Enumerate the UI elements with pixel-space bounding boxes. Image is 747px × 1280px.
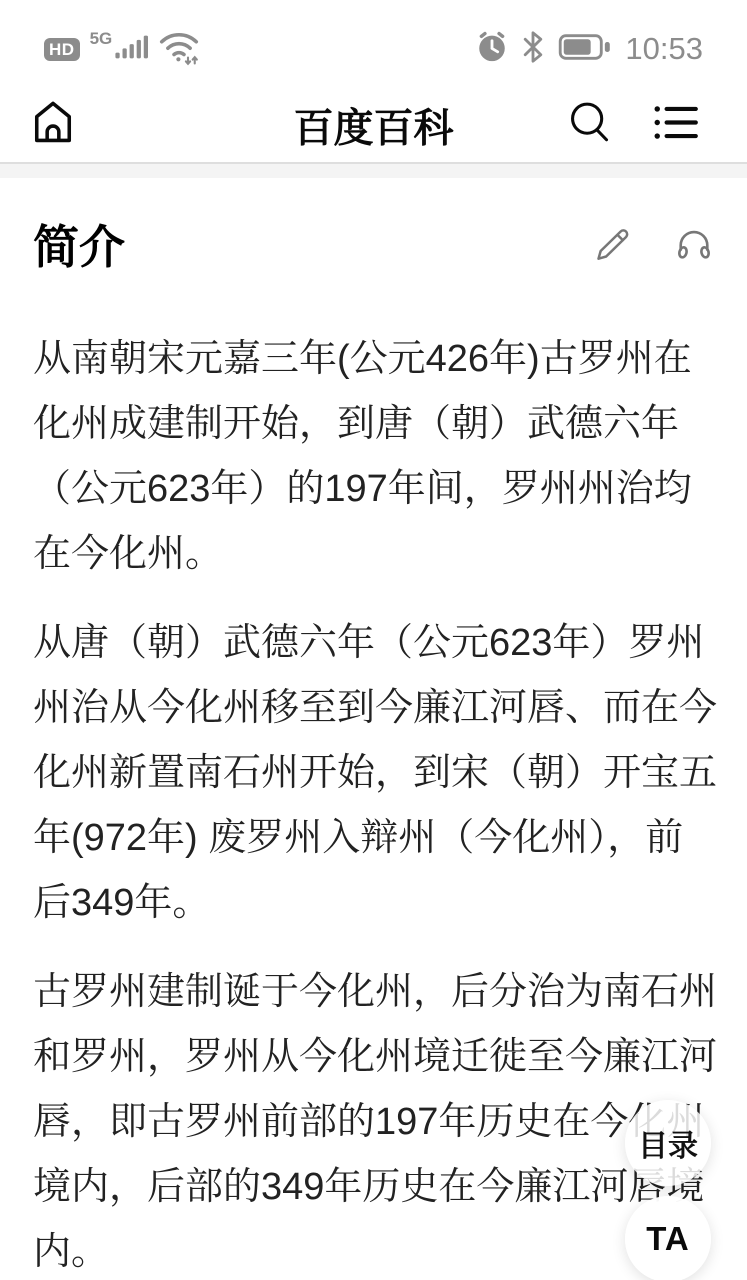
- paragraph: 从南朝宋元嘉三年(公元426年)古罗州在 化州成建制开始，到唐（朝）武德六年 （…: [33, 327, 715, 587]
- clock-time: 10:53: [625, 31, 703, 67]
- listen-button[interactable]: [673, 224, 715, 271]
- paragraph-line: 从唐（朝）武德六年（公元623年）罗州: [33, 611, 715, 676]
- section-header: 简介: [33, 222, 715, 273]
- catalog-button[interactable]: [651, 98, 701, 153]
- paragraph-line: 化州新置南石州开始，到宋（朝）开宝五: [33, 741, 715, 806]
- hd-badge: HD: [44, 38, 80, 61]
- battery-icon: [557, 30, 613, 69]
- headphones-icon: [673, 253, 715, 270]
- search-button[interactable]: [567, 98, 613, 153]
- signal-bars-icon: [114, 30, 148, 69]
- bluetooth-icon: [519, 30, 547, 69]
- paragraph-line: 从南朝宋元嘉三年(公元426年)古罗州在: [33, 327, 715, 392]
- paragraph-line: （公元623年）的197年间，罗州州治均: [33, 457, 715, 522]
- paragraph-line: 内。: [33, 1220, 715, 1280]
- alarm-clock-icon: [475, 30, 509, 69]
- app-header: 百度百科: [0, 88, 747, 162]
- paragraph-line: 后349年。: [33, 871, 715, 936]
- network-type-label: 5G: [90, 30, 113, 47]
- network-indicator: 5G: [90, 30, 149, 69]
- section-tools: [593, 223, 715, 272]
- toc-button-label: 目录: [638, 1121, 698, 1165]
- paragraph-line: 州治从今化州移至到今廉江河唇、而在今: [33, 676, 715, 741]
- wifi-icon: [158, 27, 200, 72]
- paragraph-line: 境内，后部的349年历史在今廉江河唇境: [33, 1155, 715, 1220]
- paragraph: 从唐（朝）武德六年（公元623年）罗州 州治从今化州移至到今廉江河唇、而在今 化…: [33, 611, 715, 936]
- paragraph-line: 和罗州，罗州从今化州境迁徙至今廉江河: [33, 1025, 715, 1090]
- paragraph: 古罗州建制诞于今化州，后分治为南石州 和罗州，罗州从今化州境迁徙至今廉江河 唇，…: [33, 960, 715, 1280]
- edit-button[interactable]: [593, 223, 633, 272]
- header-actions: [567, 98, 701, 153]
- toc-floating-button[interactable]: 目录: [625, 1100, 711, 1186]
- paragraph-line: 唇，即古罗州前部的197年历史在今化州: [33, 1090, 715, 1155]
- header-divider: [0, 162, 747, 178]
- paragraph-line: 化州成建制开始，到唐（朝）武德六年: [33, 392, 715, 457]
- ta-button-label: TA: [646, 1220, 690, 1258]
- list-menu-icon: [651, 135, 701, 152]
- paragraph-line: 在今化州。: [33, 522, 715, 587]
- status-bar-right: 10:53: [475, 30, 703, 69]
- status-bar-left: HD 5G: [44, 27, 200, 72]
- ta-floating-button[interactable]: TA: [625, 1196, 711, 1280]
- section-title: 简介: [33, 222, 125, 273]
- phone-screen: HD 5G: [0, 0, 747, 1280]
- paragraph-line: 年(972年) 废罗州入辩州（今化州），前: [33, 806, 715, 871]
- status-bar: HD 5G: [0, 0, 747, 88]
- edit-pencil-icon: [593, 254, 633, 271]
- paragraph-line: 古罗州建制诞于今化州，后分治为南石州: [33, 960, 715, 1025]
- search-icon: [567, 135, 613, 152]
